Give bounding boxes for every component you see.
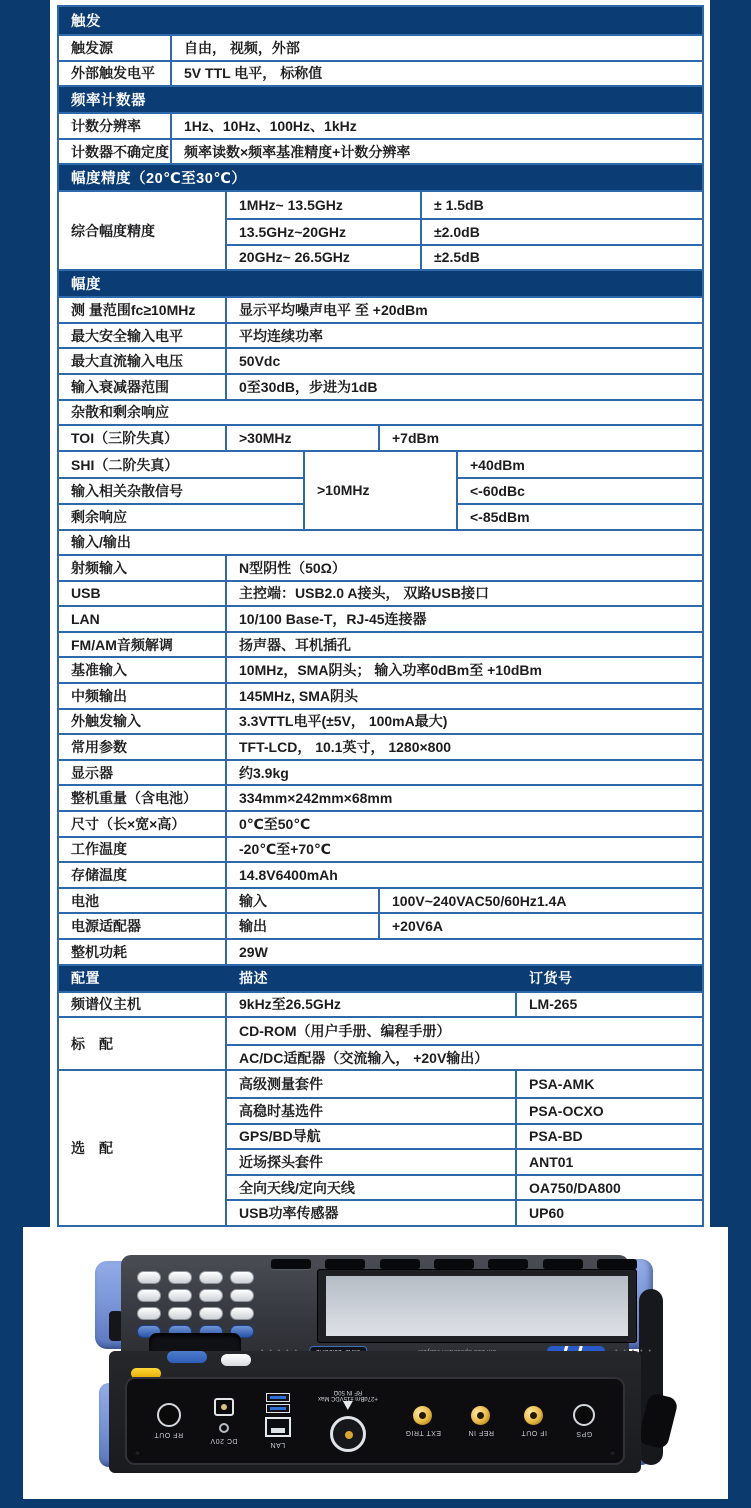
row-subvalue: 9kHz至26.5GHz xyxy=(227,993,517,1017)
row-subvalue: 20GHz~ 26.5GHz xyxy=(227,246,422,270)
row-label: 最大安全输入电平 xyxy=(59,324,227,348)
rowspan-middle-value: >10MHz xyxy=(305,452,458,529)
row-value: 14.8V6400mAh xyxy=(227,863,702,887)
lcd-display xyxy=(326,1276,628,1336)
row-label: 电源适配器 xyxy=(59,914,227,938)
row-value: 0至30dB，步进为1dB xyxy=(227,375,702,399)
row-value: LM-265 xyxy=(517,993,702,1017)
row-value: TFT-LCD， 10.1英寸， 1280×800 xyxy=(227,735,702,759)
table-row: 整机功耗29W xyxy=(59,938,702,964)
connector-ref-in: REF IN xyxy=(468,1406,494,1436)
connector-label: GPS xyxy=(576,1430,592,1437)
connector-label: LAN xyxy=(270,1441,285,1448)
row-label: 最大直流输入电压 xyxy=(59,349,227,373)
sma-connector-icon xyxy=(524,1406,543,1425)
table-row: 存储温度14.8V6400mAh xyxy=(59,861,702,887)
row-value: 10MHz，SMA阴头； 输入功率0dBm至 +10dBm xyxy=(227,658,702,682)
row-value: 3.3VTTL电平(±5V， 100mA最大) xyxy=(227,710,702,734)
row-value: 显示平均噪声电平 至 +20dBm xyxy=(227,298,702,322)
keypad-key xyxy=(230,1307,254,1320)
section-header-label: 幅度精度（20℃至30℃） xyxy=(59,167,246,188)
section-header-label: 幅度 xyxy=(59,273,101,294)
table-row: 13.5GHz~20GHz±2.0dB xyxy=(227,218,702,244)
row-value: 10/100 Base-T，RJ-45连接器 xyxy=(227,607,702,631)
row-subvalue: 全向天线/定向天线 xyxy=(227,1176,517,1200)
section-header: 触发 xyxy=(59,7,702,34)
table-row: 高级测量套件PSA-AMK xyxy=(227,1071,702,1097)
table-row: 整机重量（含电池）334mm×242mm×68mm xyxy=(59,784,702,810)
row-value: 1Hz、10Hz、100Hz、1kHz xyxy=(172,114,702,138)
row-label: 显示器 xyxy=(59,761,227,785)
dc-jack-icon xyxy=(214,1398,234,1416)
row-value: AC/DC适配器（交流输入， +20V输出） xyxy=(227,1046,702,1070)
section-header-label: 触发 xyxy=(59,10,101,31)
keypad-key xyxy=(230,1271,254,1284)
table-row: 杂散和剩余响应 xyxy=(59,399,702,425)
row-label: 外触发输入 xyxy=(59,710,227,734)
row-value: 约3.9kg xyxy=(227,761,702,785)
row-label: LAN xyxy=(59,607,227,631)
screw xyxy=(610,1450,615,1455)
keypad-key xyxy=(168,1271,192,1284)
sma-connector-icon xyxy=(413,1406,432,1425)
connector-label: RF OUT xyxy=(154,1431,183,1438)
row-value: 334mm×242mm×68mm xyxy=(227,786,702,810)
row-label: 整机重量（含电池） xyxy=(59,786,227,810)
connector-if-out: IF OUT xyxy=(521,1406,547,1436)
row-value: PSA-AMK xyxy=(517,1071,702,1097)
connector-label: REF IN xyxy=(468,1429,494,1436)
row-subvalue: USB功率传感器 xyxy=(227,1201,517,1225)
table-row: USB功率传感器UP60 xyxy=(227,1199,702,1225)
rowspan-group: 综合幅度精度1MHz~ 13.5GHz± 1.5dB13.5GHz~20GHz±… xyxy=(59,190,702,269)
row-value: PSA-BD xyxy=(517,1125,702,1149)
row-label: 中频输出 xyxy=(59,684,227,708)
table-row: LAN10/100 Base-T，RJ-45连接器 xyxy=(59,605,702,631)
spec-card: 触发触发源自由， 视频，外部外部触发电平5V TTL 电平， 标称值频率计数器计… xyxy=(50,0,710,1227)
table-row: 外触发输入3.3VTTL电平(±5V， 100mA最大) xyxy=(59,708,702,734)
lan-port-icon xyxy=(265,1417,291,1437)
table-row: 工作温度-20℃至+70℃ xyxy=(59,836,702,862)
rowspan-rows: CD-ROM（用户手册、编程手册）AC/DC适配器（交流输入， +20V输出） xyxy=(227,1018,702,1069)
keypad-key xyxy=(230,1289,254,1302)
rowspan-label: 选 配 xyxy=(59,1071,227,1225)
table-row: AC/DC适配器（交流输入， +20V输出） xyxy=(227,1044,702,1070)
preset-button xyxy=(167,1351,207,1363)
row-label: 剩余响应 xyxy=(59,503,303,529)
table-row: 外部触发电平5V TTL 电平， 标称值 xyxy=(59,60,702,86)
connector-rf-in: +27dBm ±15VDC MaxRF IN 50Ω xyxy=(318,1389,378,1452)
section-header: 幅度精度（20℃至30℃） xyxy=(59,163,702,190)
rowspan-rows: 高级测量套件PSA-AMK高稳时基选件PSA-OCXOGPS/BD导航PSA-B… xyxy=(227,1071,702,1225)
row-value: N型阴性（50Ω） xyxy=(227,556,702,580)
table-row: 触发源自由， 视频，外部 xyxy=(59,34,702,60)
row-value: <-60dBc xyxy=(458,477,702,503)
connector-dc-20v: DC 20V xyxy=(210,1398,238,1444)
connector-rf-out: RF OUT xyxy=(154,1403,183,1438)
table-row: CD-ROM（用户手册、编程手册） xyxy=(227,1018,702,1044)
row-value: ANT01 xyxy=(517,1150,702,1174)
row-value: 29W xyxy=(227,940,702,964)
row-label: 整机功耗 xyxy=(59,940,227,964)
table-row: 常用参数TFT-LCD， 10.1英寸， 1280×800 xyxy=(59,733,702,759)
row-label: 输入/输出 xyxy=(59,531,702,555)
table-row: 基准输入10MHz，SMA阴头； 输入功率0dBm至 +10dBm xyxy=(59,656,702,682)
numeric-keypad xyxy=(137,1271,254,1338)
table-row: 近场探头套件ANT01 xyxy=(227,1148,702,1174)
row-value: ± 1.5dB xyxy=(422,192,702,218)
row-value: 平均连续功率 xyxy=(227,324,702,348)
table-row: 频谱仪主机9kHz至26.5GHzLM-265 xyxy=(59,991,702,1017)
product-photo-panel: • • • • • 9kHz~26.5GHz LM-265 Spectrum A… xyxy=(23,1227,728,1499)
keypad-key xyxy=(137,1289,161,1302)
column-header: 描述 xyxy=(227,968,517,988)
table-row: 测 量范围fc≥10MHz显示平均噪声电平 至 +20dBm xyxy=(59,296,702,322)
row-value: 扬声器、耳机插孔 xyxy=(227,633,702,657)
column-header: 配置 xyxy=(59,968,227,988)
row-subvalue: 高级测量套件 xyxy=(227,1071,517,1097)
round-connector-icon xyxy=(573,1404,595,1426)
connector-panel: RF OUTDC 20VLAN+27dBm ±15VDC MaxRF IN 50… xyxy=(125,1377,625,1465)
keypad-key xyxy=(168,1289,192,1302)
row-label: 输入相关杂散信号 xyxy=(59,477,303,503)
row-value: <-85dBm xyxy=(458,503,702,529)
table-row: 电池输入100V~240VAC50/60Hz1.4A xyxy=(59,887,702,913)
audio-jack-icon xyxy=(219,1423,229,1433)
column-header-row: 配置描述订货号 xyxy=(59,964,702,991)
connector-ext-trig: EXT TRIG xyxy=(405,1406,441,1436)
row-value: 100V~240VAC50/60Hz1.4A xyxy=(380,889,702,913)
table-row: 中频输出145MHz, SMA阴头 xyxy=(59,682,702,708)
row-value: 自由， 视频，外部 xyxy=(172,36,702,60)
row-value: +7dBm xyxy=(380,426,702,450)
table-row: 最大直流输入电压50Vdc xyxy=(59,347,702,373)
usb-port-icon xyxy=(266,1404,290,1413)
front-panel: • • • • • 9kHz~26.5GHz LM-265 Spectrum A… xyxy=(121,1255,629,1365)
table-row: 输入/输出 xyxy=(59,529,702,555)
row-label: 测 量范围fc≥10MHz xyxy=(59,298,227,322)
rf-warning: +27dBm ±15VDC MaxRF IN 50Ω xyxy=(318,1389,378,1410)
row-label: SHI（二阶失真） xyxy=(59,452,303,478)
row-label: 尺寸（长×宽×高） xyxy=(59,812,227,836)
table-row: GPS/BD导航PSA-BD xyxy=(227,1123,702,1149)
row-label: TOI（三阶失真） xyxy=(59,426,227,450)
section-header: 频率计数器 xyxy=(59,85,702,112)
spec-table: 触发触发源自由， 视频，外部外部触发电平5V TTL 电平， 标称值频率计数器计… xyxy=(57,5,704,1227)
rf-in-label: RF IN 50Ω xyxy=(334,1389,363,1395)
rowspan-group: 选 配高级测量套件PSA-AMK高稳时基选件PSA-OCXOGPS/BD导航PS… xyxy=(59,1069,702,1225)
rowspan-label: 标 配 xyxy=(59,1018,227,1069)
connector-gps: GPS xyxy=(573,1404,595,1437)
usb-lan-stack xyxy=(265,1393,291,1437)
table-row: FM/AM音频解调扬声器、耳机插孔 xyxy=(59,631,702,657)
table-row: 显示器约3.9kg xyxy=(59,759,702,785)
rowspan-label: 综合幅度精度 xyxy=(59,192,227,269)
n-connector-icon xyxy=(330,1416,366,1452)
row-subvalue: 输入 xyxy=(227,889,380,913)
row-subvalue: 近场探头套件 xyxy=(227,1150,517,1174)
connector-label: IF OUT xyxy=(521,1429,547,1436)
table-row: 20GHz~ 26.5GHz±2.5dB xyxy=(227,244,702,270)
row-label: 电池 xyxy=(59,889,227,913)
device-screen xyxy=(317,1269,637,1343)
row-label: 输入衰减器范围 xyxy=(59,375,227,399)
section-header-label: 频率计数器 xyxy=(59,89,146,110)
table-row: 电源适配器输出+20V6A xyxy=(59,912,702,938)
row-value: ±2.5dB xyxy=(422,246,702,270)
rowspan-group: SHI（二阶失真）输入相关杂散信号剩余响应>10MHz+40dBm<-60dBc… xyxy=(59,450,702,529)
table-row: USB主控端：USB2.0 A接头， 双路USB接口 xyxy=(59,580,702,606)
row-value: 5V TTL 电平， 标称值 xyxy=(172,62,702,86)
connector-label: DC 20V xyxy=(210,1437,238,1444)
row-value: CD-ROM（用户手册、编程手册） xyxy=(227,1018,702,1044)
keypad-key xyxy=(168,1307,192,1320)
screw xyxy=(135,1450,140,1455)
row-label: 触发源 xyxy=(59,36,172,60)
row-value: PSA-OCXO xyxy=(517,1099,702,1123)
esc-button xyxy=(221,1354,251,1366)
table-row: 尺寸（长×宽×高）0℃至50℃ xyxy=(59,810,702,836)
row-value: OA750/DA800 xyxy=(517,1176,702,1200)
row-subvalue: >30MHz xyxy=(227,426,380,450)
section-header: 幅度 xyxy=(59,269,702,296)
usb-port-icon xyxy=(266,1393,290,1402)
table-row: 输入衰减器范围0至30dB，步进为1dB xyxy=(59,373,702,399)
row-label: 射频输入 xyxy=(59,556,227,580)
row-label: 常用参数 xyxy=(59,735,227,759)
row-value: 0℃至50℃ xyxy=(227,812,702,836)
table-row: 1MHz~ 13.5GHz± 1.5dB xyxy=(227,192,702,218)
row-value: +20V6A xyxy=(380,914,702,938)
row-value: 主控端：USB2.0 A接头， 双路USB接口 xyxy=(227,582,702,606)
table-row: 计数分辨率1Hz、10Hz、100Hz、1kHz xyxy=(59,112,702,138)
column-header: 订货号 xyxy=(517,968,702,988)
row-value: 频率读数×频率基准精度+计数分辨率 xyxy=(172,140,702,164)
row-value: +40dBm xyxy=(458,452,702,478)
table-row: 全向天线/定向天线OA750/DA800 xyxy=(227,1174,702,1200)
row-subvalue: 13.5GHz~20GHz xyxy=(227,220,422,244)
row-label: 外部触发电平 xyxy=(59,62,172,86)
keypad-key xyxy=(199,1289,223,1302)
round-connector-icon xyxy=(157,1403,181,1427)
row-label: 存储温度 xyxy=(59,863,227,887)
keypad-key xyxy=(199,1307,223,1320)
row-subvalue: 输出 xyxy=(227,914,380,938)
row-subvalue: 1MHz~ 13.5GHz xyxy=(227,192,422,218)
row-label: 工作温度 xyxy=(59,838,227,862)
connector-panel-body: RF OUTDC 20VLAN+27dBm ±15VDC MaxRF IN 50… xyxy=(109,1351,641,1473)
table-row: 射频输入N型阴性（50Ω） xyxy=(59,554,702,580)
row-label: FM/AM音频解调 xyxy=(59,633,227,657)
row-value: 50Vdc xyxy=(227,349,702,373)
spectrum-analyzer-photo: • • • • • 9kHz~26.5GHz LM-265 Spectrum A… xyxy=(95,1255,655,1479)
value-column: +40dBm<-60dBc<-85dBm xyxy=(458,452,702,529)
keypad-key xyxy=(137,1271,161,1284)
sma-connector-icon xyxy=(471,1406,490,1425)
row-subvalue: 高稳时基选件 xyxy=(227,1099,517,1123)
table-row: 最大安全输入电平平均连续功率 xyxy=(59,322,702,348)
row-value: ±2.0dB xyxy=(422,220,702,244)
label-column: SHI（二阶失真）输入相关杂散信号剩余响应 xyxy=(59,452,305,529)
keypad-key xyxy=(137,1307,161,1320)
connector-lan: LAN xyxy=(265,1393,291,1448)
row-label: 频谱仪主机 xyxy=(59,993,227,1017)
table-row: 计数器不确定度频率读数×频率基准精度+计数分辨率 xyxy=(59,138,702,164)
row-value: 145MHz, SMA阴头 xyxy=(227,684,702,708)
row-subvalue: GPS/BD导航 xyxy=(227,1125,517,1149)
rowspan-rows: 1MHz~ 13.5GHz± 1.5dB13.5GHz~20GHz±2.0dB2… xyxy=(227,192,702,269)
row-value: -20℃至+70℃ xyxy=(227,838,702,862)
keypad-key xyxy=(199,1271,223,1284)
row-label: 计数器不确定度 xyxy=(59,140,172,164)
table-row: 高稳时基选件PSA-OCXO xyxy=(227,1097,702,1123)
row-label: 杂散和剩余响应 xyxy=(59,401,702,425)
row-label: USB xyxy=(59,582,227,606)
row-value: UP60 xyxy=(517,1201,702,1225)
connector-label: EXT TRIG xyxy=(405,1429,441,1436)
table-row: TOI（三阶失真）>30MHz+7dBm xyxy=(59,424,702,450)
row-label: 基准输入 xyxy=(59,658,227,682)
function-key xyxy=(271,1259,311,1270)
row-label: 计数分辨率 xyxy=(59,114,172,138)
rowspan-group: 标 配CD-ROM（用户手册、编程手册）AC/DC适配器（交流输入， +20V输… xyxy=(59,1016,702,1069)
warning-icon xyxy=(343,1401,353,1410)
